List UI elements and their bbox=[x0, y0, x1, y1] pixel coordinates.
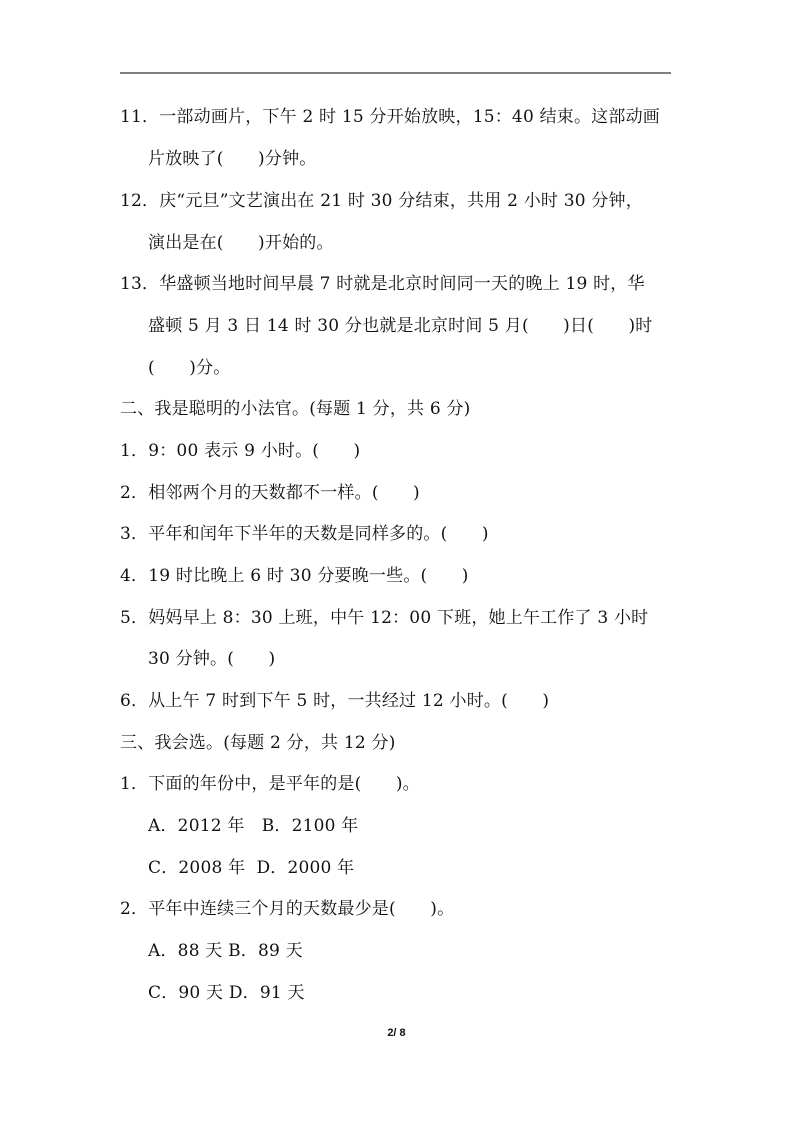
judge-item-5-line-2: 30 分钟。( ) bbox=[148, 649, 275, 669]
choice-question-2-options-cd: C．90 天 D．91 天 bbox=[148, 983, 305, 1003]
judge-item-2: 2．相邻两个月的天数都不一样。( ) bbox=[120, 483, 420, 503]
question-number: 12． bbox=[120, 191, 159, 211]
question-text: 一部动画片，下午 2 时 15 分开始放映，15：40 结束。这部动画 bbox=[159, 107, 660, 127]
question-text: 庆“元旦”文艺演出在 21 时 30 分结束，共用 2 小时 30 分钟， bbox=[159, 191, 643, 211]
question-11-line-1: 11．一部动画片，下午 2 时 15 分开始放映，15：40 结束。这部动画 bbox=[120, 107, 660, 127]
question-13-line-2: 盛顿 5 月 3 日 14 时 30 分也就是北京时间 5 月( )日( )时 bbox=[148, 316, 652, 336]
choice-question-2-options-ab: A．88 天 B．89 天 bbox=[148, 941, 303, 961]
question-text: 华盛顿当地时间早晨 7 时就是北京时间同一天的晚上 19 时，华 bbox=[159, 274, 644, 294]
question-12-line-2: 演出是在( )开始的。 bbox=[148, 233, 334, 253]
question-13-line-1: 13．华盛顿当地时间早晨 7 时就是北京时间同一天的晚上 19 时，华 bbox=[120, 274, 645, 294]
section-2-title: 二、我是聪明的小法官。(每题 1 分，共 6 分) bbox=[120, 399, 471, 419]
judge-item-1: 1．9：00 表示 9 小时。( ) bbox=[120, 441, 360, 461]
question-13-line-3: ( )分。 bbox=[148, 358, 230, 378]
question-11-line-2: 片放映了( )分钟。 bbox=[148, 149, 316, 169]
question-number: 11． bbox=[120, 107, 159, 127]
section-3-title: 三、我会选。(每题 2 分，共 12 分) bbox=[120, 733, 396, 753]
question-number: 13． bbox=[120, 274, 159, 294]
judge-item-4: 4．19 时比晚上 6 时 30 分要晚一些。( ) bbox=[120, 566, 469, 586]
judge-item-6: 6．从上午 7 时到下午 5 时，一共经过 12 小时。( ) bbox=[120, 691, 549, 711]
question-12-line-1: 12．庆“元旦”文艺演出在 21 时 30 分结束，共用 2 小时 30 分钟， bbox=[120, 191, 643, 211]
header-rule bbox=[120, 72, 671, 74]
judge-item-5-line-1: 5．妈妈早上 8：30 上班，中午 12：00 下班，她上午工作了 3 小时 bbox=[120, 608, 648, 628]
choice-question-1-options-ab: A．2012 年 B．2100 年 bbox=[148, 816, 359, 836]
choice-question-1-options-cd: C．2008 年 D．2000 年 bbox=[148, 858, 354, 878]
choice-question-2-stem: 2．平年中连续三个月的天数最少是( )。 bbox=[120, 899, 454, 919]
page-number: 2/ 8 bbox=[0, 1027, 793, 1039]
choice-question-1-stem: 1．下面的年份中，是平年的是( )。 bbox=[120, 774, 420, 794]
judge-item-3: 3．平年和闰年下半年的天数是同样多的。( ) bbox=[120, 524, 489, 544]
